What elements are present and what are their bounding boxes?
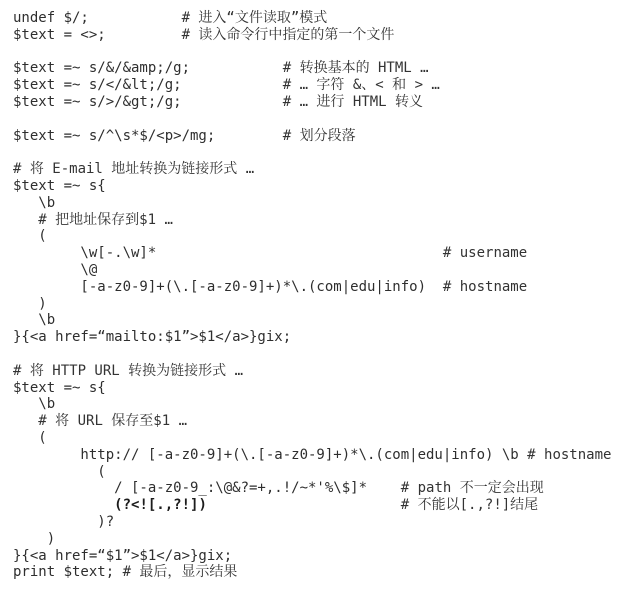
comment-text: # 转换基本的 HTML … — [283, 60, 429, 76]
code-line: print $text; # 最后，显示结果 — [13, 564, 628, 581]
code-line: \b — [13, 396, 628, 413]
code-text: print $text; — [13, 564, 123, 580]
code-text — [13, 413, 38, 429]
code-line: }{<a href=“$1”>$1</a>}gix; — [13, 548, 628, 565]
code-line: # 将 HTTP URL 转换为链接形式 … — [13, 363, 628, 380]
comment-text: # path 不一定会出现 — [401, 480, 544, 496]
code-line — [13, 44, 628, 61]
code-text: \w[-.\w]* — [13, 245, 443, 261]
code-line: # 将 E-mail 地址转换为链接形式 … — [13, 161, 628, 178]
code-line: $text =~ s/>/&gt;/g; # … 进行 HTML 转义 — [13, 94, 628, 111]
code-line: http:// [-a-z0-9]+(\.[-a-z0-9]+)*\.(com|… — [13, 447, 628, 464]
code-text: \b — [13, 396, 55, 412]
code-line — [13, 346, 628, 363]
code-line: (?<![.,?!]) # 不能以[.,?!]结尾 — [13, 497, 628, 514]
code-line: / [-a-z0-9_:\@&?=+,.!/~*'%\$]* # path 不一… — [13, 480, 628, 497]
code-text: undef $/; — [13, 10, 182, 26]
code-line: ( — [13, 228, 628, 245]
code-text — [207, 497, 401, 513]
code-line: \b — [13, 312, 628, 329]
comment-text: # 进入“文件读取”模式 — [182, 10, 328, 26]
code-text: http:// [-a-z0-9]+(\.[-a-z0-9]+)*\.(com|… — [13, 447, 527, 463]
code-listing: undef $/; # 进入“文件读取”模式$text = <>; # 读入命令… — [13, 10, 628, 581]
code-text: \b — [13, 312, 55, 328]
comment-text: # 最后，显示结果 — [123, 564, 238, 580]
code-line: }{<a href=“mailto:$1”>$1</a>}gix; — [13, 329, 628, 346]
code-text: $text =~ s{ — [13, 380, 106, 396]
code-text: ) — [13, 531, 55, 547]
code-text: $text =~ s{ — [13, 178, 106, 194]
code-text: $text =~ s/&/&amp;/g; — [13, 60, 283, 76]
lookbehind-bold-text: (?<![.,?!]) — [114, 497, 207, 513]
comment-text: # 划分段落 — [283, 128, 356, 144]
code-line — [13, 111, 628, 128]
comment-text: # 读入命令行中指定的第一个文件 — [182, 27, 395, 43]
code-text: $text =~ s/</&lt;/g; — [13, 77, 283, 93]
code-line: ) — [13, 296, 628, 313]
code-line: undef $/; # 进入“文件读取”模式 — [13, 10, 628, 27]
code-text: $text = <>; — [13, 27, 182, 43]
code-text: \b — [13, 195, 55, 211]
comment-text: # hostname — [443, 279, 527, 295]
comment-text: # 不能以[.,?!]结尾 — [401, 497, 538, 513]
code-line: ( — [13, 464, 628, 481]
code-text — [13, 212, 38, 228]
code-text: ( — [13, 430, 47, 446]
code-line: # 将 URL 保存至$1 … — [13, 413, 628, 430]
code-text: }{<a href=“mailto:$1”>$1</a>}gix; — [13, 329, 291, 345]
code-line: # 把地址保存到$1 … — [13, 212, 628, 229]
code-text: )? — [13, 514, 114, 530]
comment-text: # 将 URL 保存至$1 … — [38, 413, 187, 429]
code-line: \b — [13, 195, 628, 212]
comment-text: # 将 HTTP URL 转换为链接形式 … — [13, 363, 243, 379]
comment-text: # … 进行 HTML 转义 — [283, 94, 423, 110]
code-line: $text =~ s/</&lt;/g; # … 字符 &、< 和 > … — [13, 77, 628, 94]
code-line: $text =~ s/^\s*$/<p>/mg; # 划分段落 — [13, 128, 628, 145]
comment-text: # username — [443, 245, 527, 261]
code-line — [13, 144, 628, 161]
code-text: ) — [13, 296, 47, 312]
code-line: [-a-z0-9]+(\.[-a-z0-9]+)*\.(com|edu|info… — [13, 279, 628, 296]
code-line: \w[-.\w]* # username — [13, 245, 628, 262]
code-line: )? — [13, 514, 628, 531]
code-line: $text = <>; # 读入命令行中指定的第一个文件 — [13, 27, 628, 44]
code-line: $text =~ s{ — [13, 178, 628, 195]
code-text: $text =~ s/^\s*$/<p>/mg; — [13, 128, 283, 144]
comment-text: # … 字符 &、< 和 > … — [283, 77, 440, 93]
code-text: ( — [13, 464, 106, 480]
code-text: / [-a-z0-9_:\@&?=+,.!/~*'%\$]* — [13, 480, 401, 496]
code-text: ( — [13, 228, 47, 244]
code-line: $text =~ s{ — [13, 380, 628, 397]
code-line: $text =~ s/&/&amp;/g; # 转换基本的 HTML … — [13, 60, 628, 77]
comment-text: # hostname — [527, 447, 611, 463]
code-text: $text =~ s/>/&gt;/g; — [13, 94, 283, 110]
comment-text: # 将 E-mail 地址转换为链接形式 … — [13, 161, 254, 177]
code-text — [13, 497, 114, 513]
code-line: ( — [13, 430, 628, 447]
code-line: ) — [13, 531, 628, 548]
code-text: }{<a href=“$1”>$1</a>}gix; — [13, 548, 232, 564]
comment-text: # 把地址保存到$1 … — [38, 212, 173, 228]
book-page: undef $/; # 进入“文件读取”模式$text = <>; # 读入命令… — [0, 0, 628, 606]
code-text: [-a-z0-9]+(\.[-a-z0-9]+)*\.(com|edu|info… — [13, 279, 443, 295]
code-text: \@ — [13, 262, 97, 278]
code-line: \@ — [13, 262, 628, 279]
